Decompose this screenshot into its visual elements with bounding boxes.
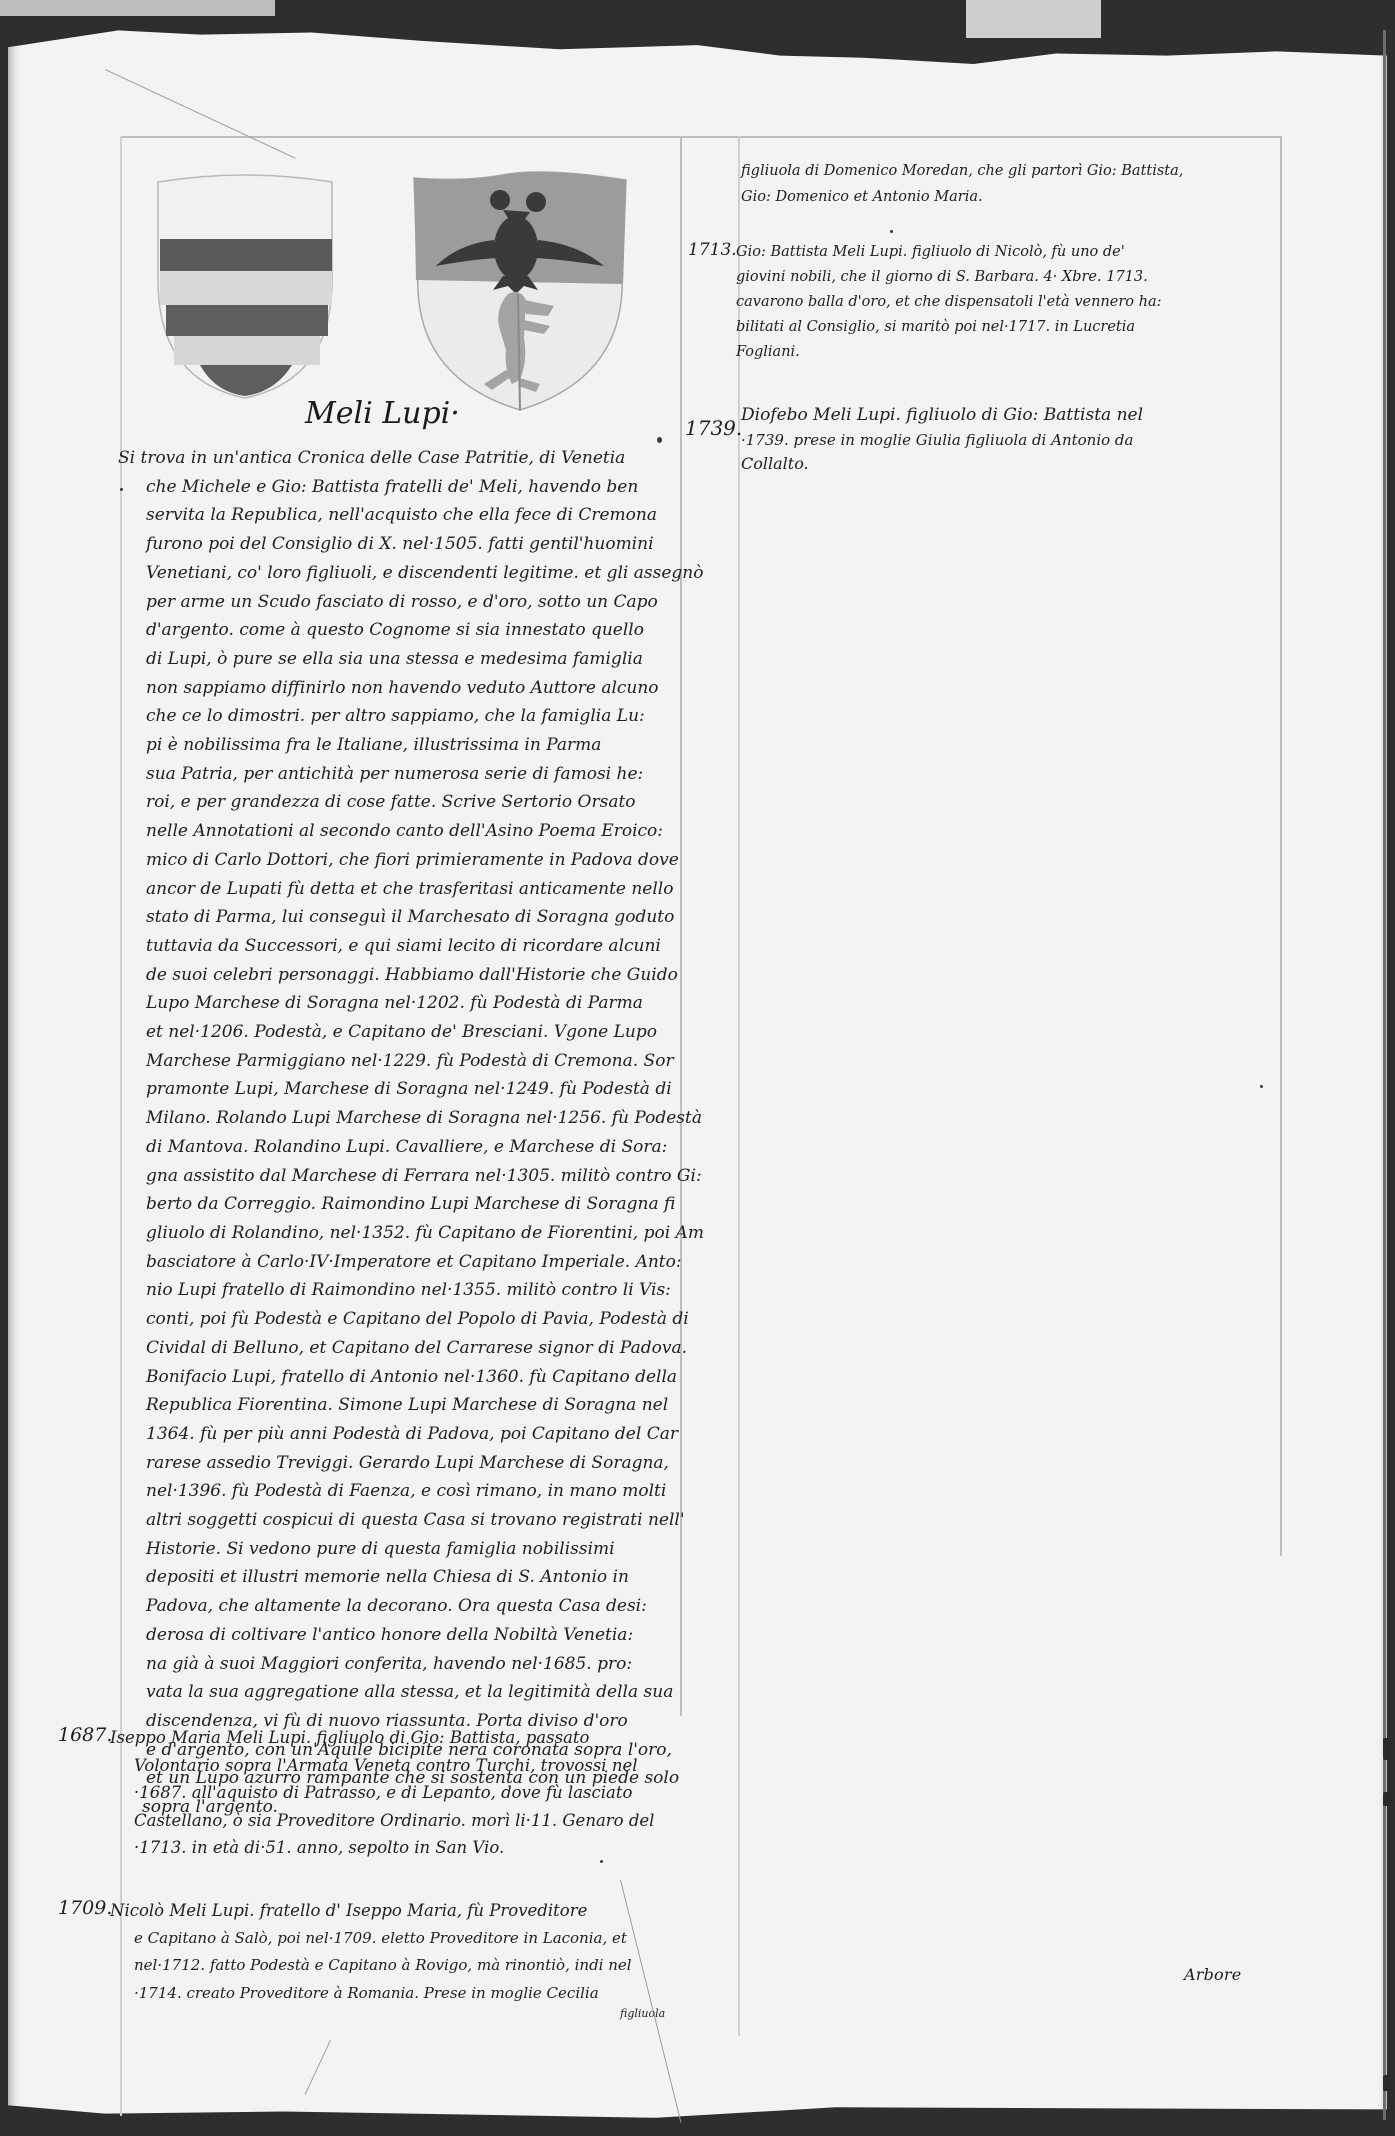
- entry-line: Castellano, ò sia Proveditore Ordinario.…: [110, 1807, 654, 1835]
- text-line: de suoi celebri personaggi. Habbiamo dal…: [118, 961, 704, 990]
- text-line: Marchese Parmiggiano nel·1229. fù Podest…: [118, 1047, 704, 1076]
- entry-line: e Capitano à Salò, poi nel·1709. eletto …: [110, 1925, 665, 1953]
- entry-line: ·1739. prese in moglie Giulia figliuola …: [741, 428, 1143, 452]
- paper-tab-right: [966, 0, 1101, 38]
- text-line: Lupo Marchese di Soragna nel·1202. fù Po…: [118, 989, 704, 1018]
- text-line: roi, e per grandezza di cose fatte. Scri…: [118, 788, 704, 817]
- text-line: pramonte Lupi, Marchese di Soragna nel·1…: [118, 1075, 704, 1104]
- entry-line: Diofebo Meli Lupi. figliuolo di Gio: Bat…: [741, 402, 1143, 428]
- text-line: d'argento. come à questo Cognome si sia …: [118, 616, 704, 645]
- entry-line: Iseppo Maria Meli Lupi. figliuolo di Gio…: [110, 1724, 654, 1752]
- edge-ink-blot: [1383, 1738, 1391, 1760]
- text-line: stato di Parma, lui conseguì il Marchesa…: [118, 903, 704, 932]
- entry-line: Gio: Domenico et Antonio Maria.: [741, 184, 1183, 210]
- frame-right-line: [1280, 136, 1282, 1556]
- family-heading: Meli Lupi·: [305, 396, 460, 431]
- entry-year: 1709.: [58, 1897, 112, 1919]
- text-line: servita la Republica, nell'acquisto che …: [118, 501, 704, 530]
- text-line: Padova, che altamente la decorano. Ora q…: [118, 1592, 704, 1621]
- entry-line: ·1713. in età di·51. anno, sepolto in Sa…: [110, 1834, 654, 1862]
- main-text-block: Si trova in un'antica Cronica delle Case…: [118, 444, 704, 1822]
- text-line: rarese assedio Treviggi. Gerardo Lupi Ma…: [118, 1449, 704, 1478]
- page-right-edge: [1383, 30, 1386, 2120]
- entry-line: ·1714. creato Proveditore à Romania. Pre…: [110, 1980, 665, 2008]
- text-line: non sappiamo diffinirlo non havendo vedu…: [118, 674, 704, 703]
- ink-speck: [120, 488, 123, 491]
- text-line: gna assistito dal Marchese di Ferrara ne…: [118, 1162, 704, 1191]
- ink-speck: [600, 1860, 603, 1863]
- text-line: depositi et illustri memorie nella Chies…: [118, 1563, 704, 1592]
- entry-line: giovini nobili, che il giorno di S. Barb…: [736, 265, 1161, 290]
- entry-year: 1687.: [58, 1724, 112, 1746]
- text-line: nelle Annotationi al secondo canto dell'…: [118, 817, 704, 846]
- entry-line: figliuola: [110, 2007, 665, 2021]
- ink-speck: [890, 230, 893, 233]
- edge-ink-blot: [1383, 2075, 1391, 2091]
- text-line: per arme un Scudo fasciato di rosso, e d…: [118, 588, 704, 617]
- text-line: pi è nobilissima fra le Italiane, illust…: [118, 731, 704, 760]
- text-line: che ce lo dimostri. per altro sappiamo, …: [118, 702, 704, 731]
- edge-ink-blot: [1383, 1792, 1391, 1806]
- text-line: Milano. Rolando Lupi Marchese di Soragna…: [118, 1104, 704, 1133]
- entry-line: bilitati al Consiglio, si maritò poi nel…: [736, 315, 1161, 340]
- text-line: basciatore à Carlo·IV·Imperatore et Capi…: [118, 1248, 704, 1277]
- frame-top-line: [120, 136, 1280, 138]
- text-line: gliuolo di Rolandino, nel·1352. fù Capit…: [118, 1219, 704, 1248]
- text-line: vata la sua aggregatione alla stessa, et…: [118, 1678, 704, 1707]
- entry-line: Gio: Battista Meli Lupi. figliuolo di Ni…: [736, 240, 1161, 265]
- coat-of-arms-eagle-wolf-shield: [408, 170, 633, 415]
- text-line: mico di Carlo Dottori, che fiori primier…: [118, 846, 704, 875]
- text-line: nel·1396. fù Podestà di Faenza, e così r…: [118, 1477, 704, 1506]
- text-line: di Mantova. Rolandino Lupi. Cavalliere, …: [118, 1133, 704, 1162]
- text-line: di Lupi, ò pure se ella sia una stessa e…: [118, 645, 704, 674]
- text-line: derosa di coltivare l'antico honore dell…: [118, 1621, 704, 1650]
- entry-line: Collalto.: [741, 452, 1143, 476]
- text-line: Si trova in un'antica Cronica delle Case…: [118, 444, 704, 473]
- text-line: na già à suoi Maggiori conferita, havend…: [118, 1650, 704, 1679]
- text-line: Historie. Si vedono pure di questa famig…: [118, 1535, 704, 1564]
- text-line: 1364. fù per più anni Podestà di Padova,…: [118, 1420, 704, 1449]
- text-line: conti, poi fù Podestà e Capitano del Pop…: [118, 1305, 704, 1334]
- text-line: altri soggetti cospicui di questa Casa s…: [118, 1506, 704, 1535]
- entry-line: Nicolò Meli Lupi. fratello d' Iseppo Mar…: [110, 1897, 665, 1925]
- text-line: Bonifacio Lupi, fratello di Antonio nel·…: [118, 1363, 704, 1392]
- entry-line: ·1687. all'aquisto di Patrasso, e di Lep…: [110, 1779, 654, 1807]
- entry-line: Volontario sopra l'Armata Veneta contro …: [110, 1752, 654, 1780]
- coat-of-arms-fasciato-shield: [150, 170, 340, 405]
- text-line: sua Patria, per antichità per numerosa s…: [118, 760, 704, 789]
- text-line: Cividal di Belluno, et Capitano del Carr…: [118, 1334, 704, 1363]
- text-line: Republica Fiorentina. Simone Lupi Marche…: [118, 1391, 704, 1420]
- entry-line: cavarono balla d'oro, et che dispensatol…: [736, 290, 1161, 315]
- entry-year: 1739.: [685, 416, 742, 440]
- entry-line: nel·1712. fatto Podestà e Capitano à Rov…: [110, 1952, 665, 1980]
- text-line: nio Lupi fratello di Raimondino nel·1355…: [118, 1276, 704, 1305]
- entry-year: 1713.: [688, 240, 737, 260]
- text-line: che Michele e Gio: Battista fratelli de'…: [118, 473, 704, 502]
- text-line: Venetiani, co' loro figliuoli, e discend…: [118, 559, 704, 588]
- text-line: furono poi del Consiglio di X. nel·1505.…: [118, 530, 704, 559]
- margin-note-arbore: Arbore: [1184, 1965, 1241, 1984]
- entry-line: Fogliani.: [736, 340, 1161, 365]
- text-line: tuttavia da Successori, e qui siami leci…: [118, 932, 704, 961]
- text-line: et nel·1206. Podestà, e Capitano de' Bre…: [118, 1018, 704, 1047]
- ink-speck: [1260, 1085, 1263, 1088]
- text-line: ancor de Lupati fù detta et che trasferi…: [118, 875, 704, 904]
- ink-dot: [657, 437, 662, 443]
- paper-tab-left: [0, 0, 275, 16]
- text-line: berto da Correggio. Raimondino Lupi Marc…: [118, 1190, 704, 1219]
- entry-line: figliuola di Domenico Moredan, che gli p…: [741, 158, 1183, 184]
